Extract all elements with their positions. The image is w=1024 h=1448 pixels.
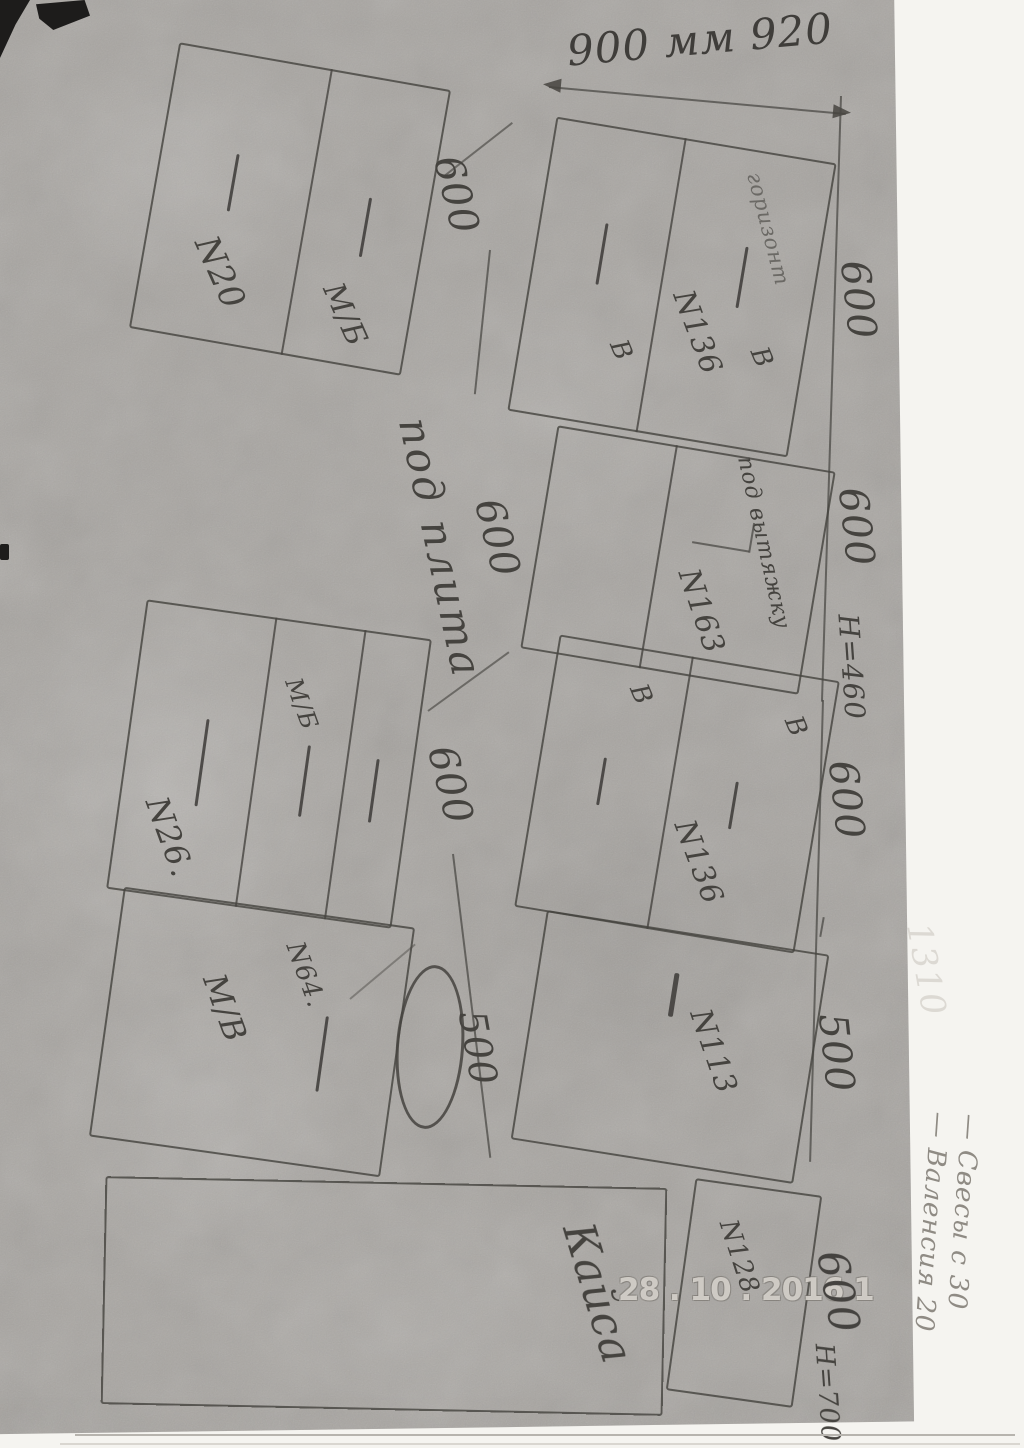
drawer-handle-dash	[298, 745, 311, 817]
upper-mark-v: В	[780, 712, 812, 741]
cabinet-note: горизонт	[743, 170, 792, 288]
cabinet-divider	[639, 445, 678, 668]
cabinet-label-n163: N163	[673, 565, 729, 658]
drawer-label-mb: М/Б	[281, 675, 322, 733]
dim-600-right-c: 600	[822, 758, 870, 841]
dim-h700: H=700	[811, 1343, 844, 1444]
cabinet-block-b: В горизонт N136 В	[507, 117, 836, 458]
bracket-line	[692, 541, 750, 553]
door-handle-dash	[728, 782, 739, 830]
upper-mark-v: В	[605, 336, 637, 365]
scanned-sketch-page: 900 мм 920 N20 М/Б 600 под плита 600 600…	[0, 0, 1024, 1448]
arrowhead-right	[832, 104, 851, 120]
arrowhead-left	[542, 77, 561, 93]
cabinet-block-e: N113	[511, 910, 830, 1184]
door-handle-dash	[735, 247, 748, 309]
dim-h460: H=460	[833, 613, 868, 721]
door-handle-dash	[315, 1016, 329, 1092]
door-handle-dash	[227, 154, 240, 212]
dim-600-right-b: 600	[832, 485, 880, 568]
cabinet-block-d: В В N136	[514, 634, 840, 953]
cabinet-block-i: М/В N64.	[89, 887, 415, 1177]
cabinet-divider	[636, 138, 687, 432]
door-handle-dash	[668, 973, 680, 1017]
upper-mark-v: В	[625, 680, 657, 709]
cabinet-label-mv: М/В	[198, 970, 252, 1047]
dim-600-right-d: 600	[810, 1247, 866, 1336]
dim-600-right-a: 600	[834, 258, 882, 341]
cabinet-label-n20: N20	[189, 231, 251, 314]
door-handle-dash	[194, 719, 209, 807]
left-edge-black-mark	[0, 544, 9, 560]
cabinet-label-n136: N136	[667, 286, 726, 378]
upper-mark-v: В	[746, 343, 778, 372]
cabinet-label-mb: М/Б	[317, 279, 371, 351]
cabinet-block-h: N26. М/Б	[106, 599, 432, 928]
cabinet-label-n64: N64.	[282, 938, 330, 1011]
door-handle-dash	[595, 223, 608, 285]
page-edge-line	[60, 1443, 1020, 1445]
door-handle-dash	[359, 198, 372, 258]
cabinet-note-hood: под вытяжку	[733, 454, 793, 631]
door-handle-dash	[596, 757, 607, 805]
cabinet-block-g: Кайса	[101, 1176, 668, 1416]
cabinet-label-n113: N113	[684, 1005, 741, 1098]
cabinet-divider	[235, 617, 278, 906]
drawer-handle-dash	[368, 759, 380, 823]
dim-500-right: 500	[812, 1011, 860, 1094]
cabinet-label-n136b: N136	[669, 816, 728, 908]
cabinet-block-a: N20 М/Б	[129, 42, 451, 376]
drawer-divider	[324, 630, 367, 919]
cabinet-label-n26: N26.	[141, 792, 199, 881]
page-edge-line	[75, 1434, 1015, 1436]
